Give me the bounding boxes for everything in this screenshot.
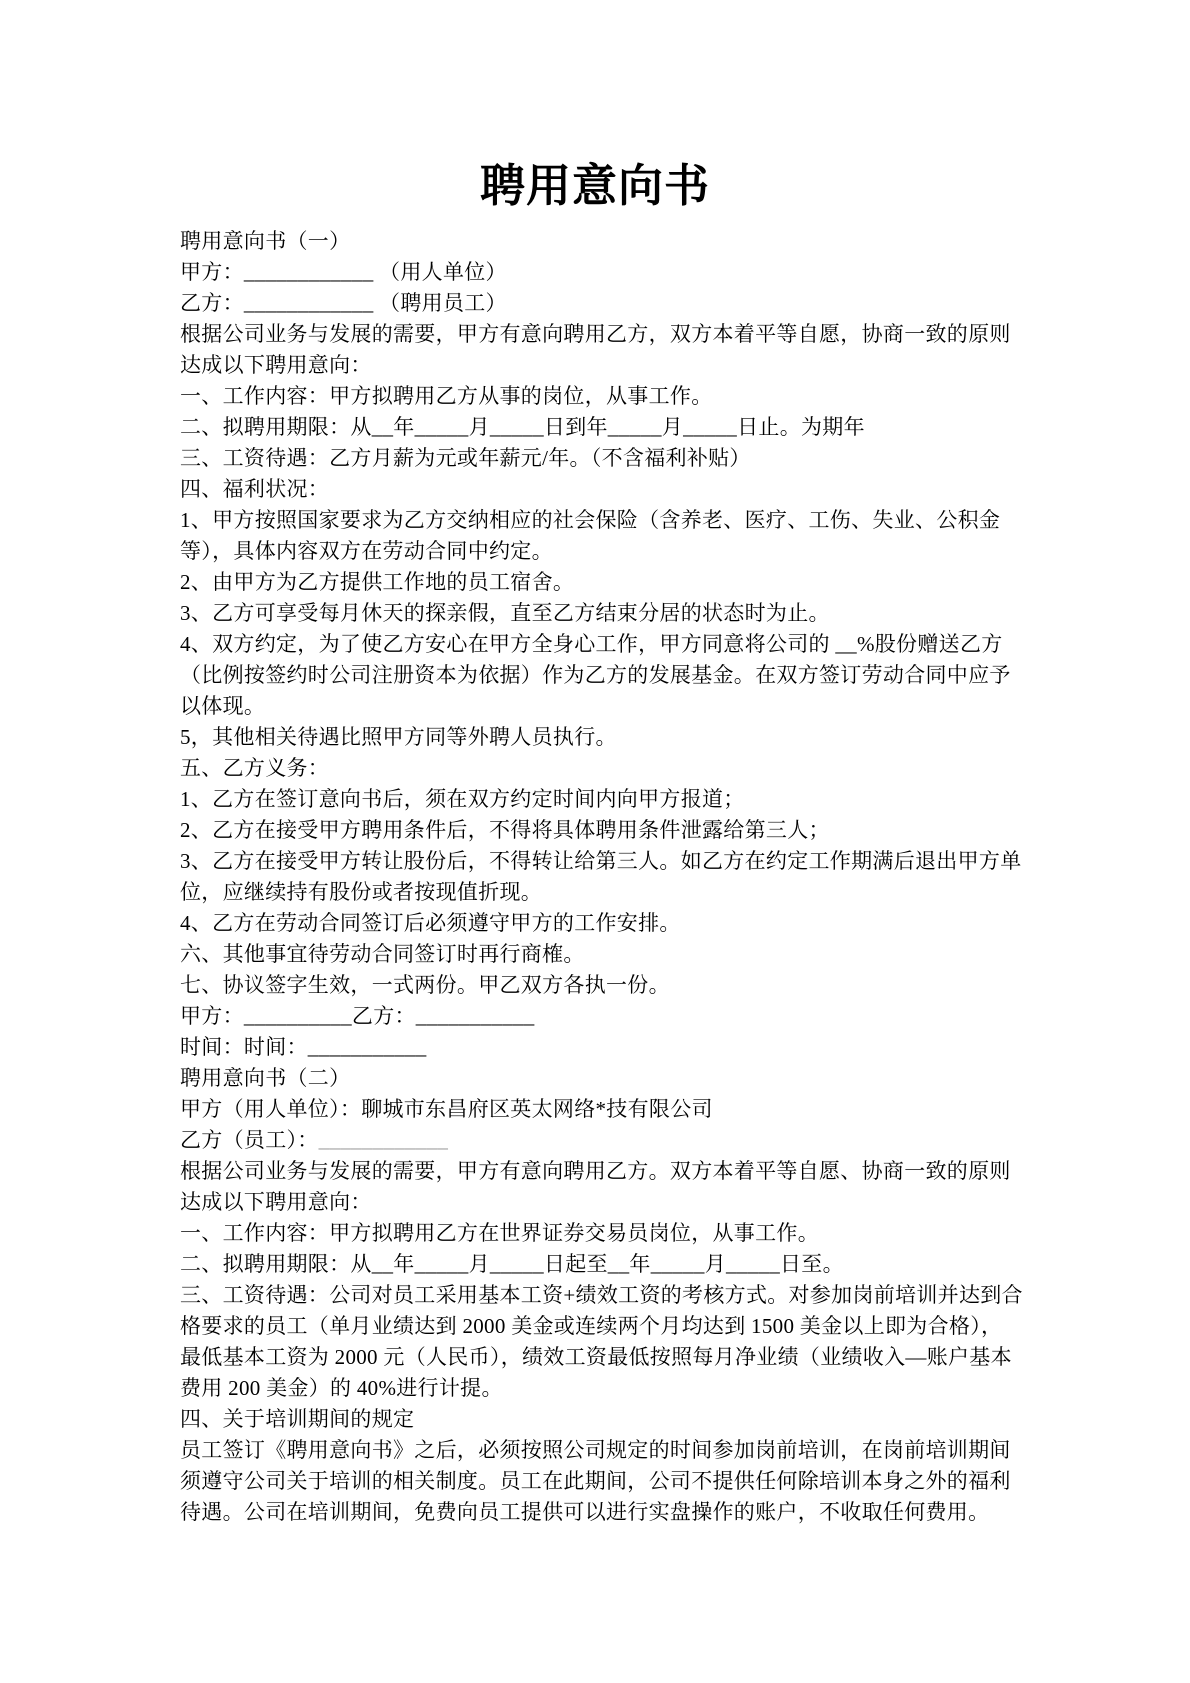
text-line: 4、双方约定，为了使乙方安心在甲方全身心工作，甲方同意将公司的 __%股份赠送乙…	[180, 629, 1040, 660]
text-line: 员工签订《聘用意向书》之后，必须按照公司规定的时间参加岗前培训，在岗前培训期间	[180, 1435, 1040, 1466]
text-line: 四、福利状况：	[180, 474, 1040, 505]
text-line: 位，应继续持有股份或者按现值折现。	[180, 877, 1040, 908]
document-title: 聘用意向书	[180, 157, 1010, 215]
text-line: （比例按签约时公司注册资本为依据）作为乙方的发展基金。在双方签订劳动合同中应予	[180, 660, 1040, 691]
text-line: 二、拟聘用期限：从__年_____月_____日起至__年_____月_____…	[180, 1249, 1040, 1280]
text-line: 六、其他事宜待劳动合同签订时再行商榷。	[180, 939, 1040, 970]
text-line: 格要求的员工（单月业绩达到 2000 美金或连续两个月均达到 1500 美金以上…	[180, 1311, 1040, 1342]
text-line: 5，其他相关待遇比照甲方同等外聘人员执行。	[180, 722, 1040, 753]
text-line: 一、工作内容：甲方拟聘用乙方从事的岗位，从事工作。	[180, 381, 1040, 412]
text-line: 待遇。公司在培训期间，免费向员工提供可以进行实盘操作的账户，不收取任何费用。	[180, 1497, 1040, 1528]
text-line: 以体现。	[180, 691, 1040, 722]
text-line: 乙方（员工）：____________	[180, 1125, 1040, 1156]
text-segment: 乙方（员工）：	[180, 1128, 319, 1152]
document-body: 聘用意向书（一）甲方：____________ （用人单位）乙方：_______…	[180, 226, 1040, 1528]
text-line: 根据公司业务与发展的需要，甲方有意向聘用乙方。双方本着平等自愿、协商一致的原则	[180, 1156, 1040, 1187]
text-line: 时间：时间：___________	[180, 1032, 1040, 1063]
text-line: 3、乙方可享受每月休天的探亲假，直至乙方结束分居的状态时为止。	[180, 598, 1040, 629]
text-line: 三、工资待遇：公司对员工采用基本工资+绩效工资的考核方式。对参加岗前培训并达到合	[180, 1280, 1040, 1311]
text-line: 二、拟聘用期限：从__年_____月_____日到年_____月_____日止。…	[180, 412, 1040, 443]
text-line: 2、乙方在接受甲方聘用条件后，不得将具体聘用条件泄露给第三人；	[180, 815, 1040, 846]
text-line: 三、工资待遇：乙方月薪为元或年薪元/年。（不含福利补贴）	[180, 443, 1040, 474]
text-line: 须遵守公司关于培训的相关制度。员工在此期间，公司不提供任何除培训本身之外的福利	[180, 1466, 1040, 1497]
text-line: 甲方：____________ （用人单位）	[180, 257, 1040, 288]
blank-field: ____________	[319, 1128, 449, 1152]
text-line: 甲方（用人单位）：聊城市东昌府区英太网络*技有限公司	[180, 1094, 1040, 1125]
document-page: 聘用意向书 聘用意向书（一）甲方：____________ （用人单位）乙方：_…	[0, 0, 1190, 1683]
text-line: 一、工作内容：甲方拟聘用乙方在世界证券交易员岗位，从事工作。	[180, 1218, 1040, 1249]
text-line: 甲方：__________乙方：___________	[180, 1001, 1040, 1032]
text-line: 1、乙方在签订意向书后，须在双方约定时间内向甲方报道；	[180, 784, 1040, 815]
text-line: 四、关于培训期间的规定	[180, 1404, 1040, 1435]
text-line: 聘用意向书（二）	[180, 1063, 1040, 1094]
text-line: 乙方：____________ （聘用员工）	[180, 288, 1040, 319]
text-line: 2、由甲方为乙方提供工作地的员工宿舍。	[180, 567, 1040, 598]
text-line: 1、甲方按照国家要求为乙方交纳相应的社会保险（含养老、医疗、工伤、失业、公积金	[180, 505, 1040, 536]
text-line: 达成以下聘用意向：	[180, 350, 1040, 381]
text-line: 达成以下聘用意向：	[180, 1187, 1040, 1218]
text-line: 4、乙方在劳动合同签订后必须遵守甲方的工作安排。	[180, 908, 1040, 939]
text-line: 最低基本工资为 2000 元（人民币），绩效工资最低按照每月净业绩（业绩收入—账…	[180, 1342, 1040, 1373]
text-line: 等），具体内容双方在劳动合同中约定。	[180, 536, 1040, 567]
text-line: 五、乙方义务：	[180, 753, 1040, 784]
text-line: 费用 200 美金）的 40%进行计提。	[180, 1373, 1040, 1404]
text-line: 聘用意向书（一）	[180, 226, 1040, 257]
text-line: 3、乙方在接受甲方转让股份后，不得转让给第三人。如乙方在约定工作期满后退出甲方单	[180, 846, 1040, 877]
text-line: 七、协议签字生效，一式两份。甲乙双方各执一份。	[180, 970, 1040, 1001]
text-line: 根据公司业务与发展的需要，甲方有意向聘用乙方，双方本着平等自愿，协商一致的原则	[180, 319, 1040, 350]
